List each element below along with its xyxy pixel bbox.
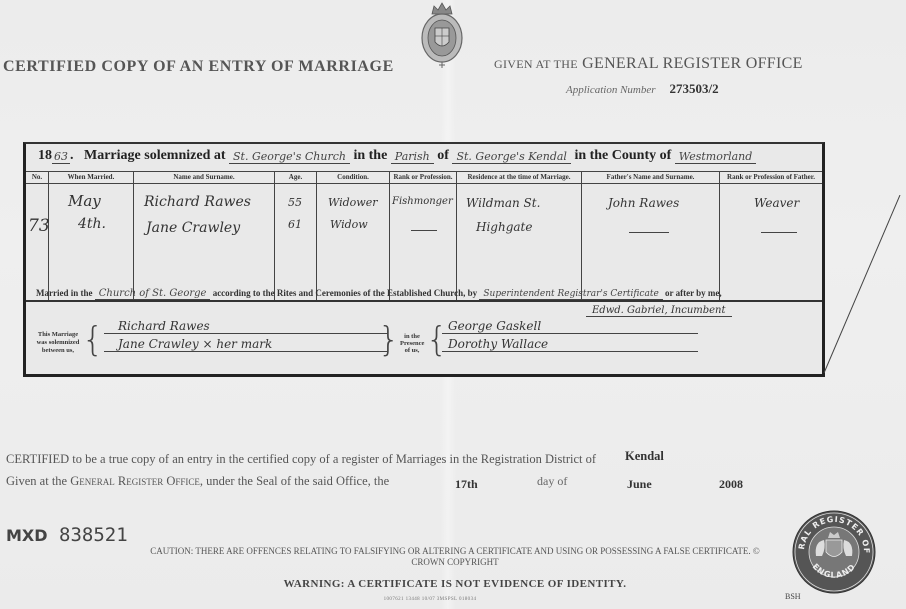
bride-father-name-dash bbox=[629, 232, 669, 233]
identity-warning: WARNING: A CERTIFICATE IS NOT EVIDENCE O… bbox=[150, 578, 760, 590]
solemnized-label: Marriage solemnized at bbox=[84, 148, 226, 164]
application-number-label: Application Number bbox=[566, 84, 656, 96]
bride-age: 61 bbox=[288, 218, 302, 231]
witness-1-signature: George Gaskell bbox=[442, 319, 698, 334]
column-header-father-profession: Rank or Profession of Father. bbox=[720, 172, 822, 184]
bride-residence: Highgate bbox=[476, 220, 532, 234]
married-in-church: Church of St. George bbox=[95, 288, 211, 300]
given-line-office: General Register Office bbox=[70, 474, 200, 488]
register-header-line: 1863. Marriage solemnized at St. George'… bbox=[38, 148, 818, 170]
entry-number: 73 bbox=[28, 216, 50, 236]
parish-name: St. George's Kendal bbox=[452, 150, 570, 164]
bride-profession-dash bbox=[411, 230, 437, 231]
presence-label: in the Presence of us, bbox=[400, 333, 424, 354]
register-entry-form: 1863. Marriage solemnized at St. George'… bbox=[23, 142, 825, 377]
column-header-profession: Rank or Profession. bbox=[390, 172, 456, 184]
general-register-office-seal-icon: GENERAL REGISTER OFFICE ENGLAND bbox=[792, 510, 876, 594]
column-header-residence: Residence at the time of Marriage. bbox=[457, 172, 581, 184]
or-after-label: or after bbox=[665, 288, 694, 298]
married-in-label: Married in the bbox=[36, 288, 93, 298]
certificate-serial: MXD 838521 bbox=[6, 524, 128, 546]
married-in-line: Married in the Church of St. George acco… bbox=[36, 288, 722, 300]
column-header-condition: Condition. bbox=[317, 172, 389, 184]
application-number: Application Number 273503/2 bbox=[566, 80, 719, 98]
certification-line: CERTIFIED to be a true copy of an entry … bbox=[6, 452, 596, 467]
church-name: St. George's Church bbox=[229, 150, 350, 164]
serial-prefix: MXD bbox=[6, 526, 48, 545]
county-label: in the County of bbox=[574, 148, 671, 164]
groom-condition: Widower bbox=[328, 196, 377, 209]
certification-day: 17th bbox=[455, 477, 478, 492]
county-name: Westmorland bbox=[675, 150, 757, 164]
in-the-label: in the bbox=[353, 148, 387, 164]
witness-2-signature: Dorothy Wallace bbox=[442, 337, 698, 352]
authority: Superintendent Registrar's Certificate bbox=[479, 289, 662, 300]
certification-year: 2008 bbox=[719, 477, 743, 492]
initials: BSH bbox=[785, 592, 801, 601]
application-number-value: 273503/2 bbox=[670, 81, 719, 96]
column-header-when-married: When Married. bbox=[49, 172, 133, 184]
register-columns: No. When Married. Name and Surname. Age.… bbox=[26, 171, 822, 302]
of-label: of bbox=[437, 148, 449, 164]
bride-signature: Jane Crawley × her mark bbox=[104, 337, 388, 352]
groom-age: 55 bbox=[288, 196, 302, 209]
column-header-name: Name and Surname. bbox=[134, 172, 274, 184]
day-of-label: day of bbox=[537, 474, 567, 489]
officiant-signature: Edwd. Gabriel, Incumbent bbox=[586, 305, 732, 317]
given-line-suffix: , under the Seal of the said Office, the bbox=[200, 474, 389, 488]
cancellation-stroke bbox=[818, 195, 906, 375]
certificate-paper: CERTIFIED COPY OF AN ENTRY OF MARRIAGE G… bbox=[0, 0, 906, 609]
by-me-label: by me, bbox=[696, 288, 722, 298]
marriage-day: 4th. bbox=[78, 216, 106, 232]
bride-condition: Widow bbox=[330, 218, 368, 231]
given-at-office: GENERAL REGISTER OFFICE bbox=[582, 55, 803, 72]
bride-father-profession-dash bbox=[761, 232, 797, 233]
column-header-age: Age. bbox=[275, 172, 316, 184]
certificate-title: CERTIFIED COPY OF AN ENTRY OF MARRIAGE bbox=[3, 58, 394, 76]
column-header-father-name: Father's Name and Surname. bbox=[582, 172, 719, 184]
column-header-no: No. bbox=[26, 172, 48, 184]
caution-notice: CAUTION: THERE ARE OFFENCES RELATING TO … bbox=[150, 546, 760, 568]
registration-district: Kendal bbox=[625, 449, 664, 464]
marriage-month: May bbox=[68, 192, 101, 210]
given-line-prefix: Given at the bbox=[6, 474, 67, 488]
royal-coat-of-arms-icon bbox=[419, 0, 465, 70]
year-suffix: 63 bbox=[52, 150, 70, 164]
issuing-office: Given at the GENERAL REGISTER OFFICE bbox=[494, 55, 803, 73]
certification-month: June bbox=[627, 477, 652, 492]
rites-text: according to the Rites and Ceremonies of… bbox=[213, 288, 477, 298]
groom-father-name: John Rawes bbox=[608, 196, 679, 210]
district-type: Parish bbox=[391, 150, 434, 164]
groom-signature: Richard Rawes bbox=[104, 319, 388, 334]
year-prefix: 18 bbox=[38, 148, 52, 164]
groom-residence: Wildman St. bbox=[466, 196, 540, 210]
bride-name: Jane Crawley bbox=[146, 220, 240, 236]
solemnized-between-label: This Marriage was solemnized between us, bbox=[34, 331, 82, 355]
groom-father-profession: Weaver bbox=[754, 196, 799, 210]
serial-number: 838521 bbox=[59, 524, 128, 546]
groom-name: Richard Rawes bbox=[144, 194, 251, 210]
print-code: 1007621 13448 10/07 3MSPSL 018034 bbox=[300, 597, 560, 602]
given-at-prefix: Given at the bbox=[494, 57, 578, 71]
groom-profession: Fishmonger bbox=[392, 196, 453, 207]
given-line: Given at the General Register Office, un… bbox=[6, 474, 389, 489]
